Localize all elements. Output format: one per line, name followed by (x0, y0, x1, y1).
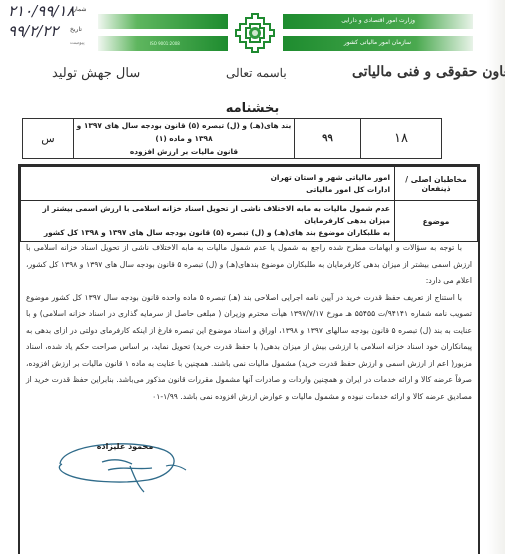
circular-body-text: با توجه به سؤالات و ابهامات مطرح شده راج… (26, 240, 472, 405)
circular-subject-line1: بند های(هـ) و (ل) تبصره (۵) قانون بودجه … (74, 119, 294, 145)
reference-table: ۱۸ ۹۹ بند های(هـ) و (ل) تبصره (۵) قانون … (22, 118, 442, 159)
attachment-label: پیوست (70, 40, 85, 46)
date-label: تاریخ (70, 26, 82, 33)
header-band-left-bottom: ISO 9001:2008 (98, 36, 228, 51)
body-paragraph-2: با استناج از تعریف حفظ قدرت خرید در آیین… (26, 290, 472, 406)
tax-organization-logo-icon (232, 10, 278, 56)
letter-date: ۹۹/۲/۲۲ (8, 22, 58, 40)
logo-caption: ISO 9001:2008 (150, 41, 180, 46)
body-paragraph-1: با توجه به سؤالات و ابهامات مطرح شده راج… (26, 240, 472, 290)
signatory-name: محمود علیزاده (90, 442, 160, 451)
subject-line2: به طلبکاران موضوع بند های(هـ) و (ل) تبصر… (25, 227, 390, 239)
circular-number: ۱۸ (361, 119, 442, 159)
circular-document-page: ISO 9001:2008 وزارت امور اقتصادی و دارای… (0, 0, 505, 554)
organization-line: سازمان امور مالیاتی کشور (344, 39, 411, 46)
header-band-right-top: وزارت امور اقتصادی و دارایی (283, 14, 473, 29)
addressees-label: مخاطبان اصلی /ذینفعان (395, 167, 478, 201)
signature-block: محمود علیزاده (52, 436, 192, 496)
invocation: باسمه تعالی (226, 66, 287, 80)
office-title: معاون حقوقی و فنی مالیاتی (352, 64, 505, 80)
circular-year: ۹۹ (295, 119, 361, 159)
letter-number: ۲۱۰/۹۹/۱۸ (8, 2, 75, 20)
addressees-value: امور مالیاتی شهر و استان تهران ادارات کل… (21, 167, 395, 201)
header-band-right-bottom: سازمان امور مالیاتی کشور (283, 36, 473, 51)
page-edge-shadow (487, 0, 505, 554)
circular-subject-cell: بند های(هـ) و (ل) تبصره (۵) قانون بودجه … (74, 119, 295, 159)
subject-value: عدم شمول مالیات به مابه الاختلاف ناشی از… (21, 201, 395, 242)
year-slogan: سال جهش تولید (52, 66, 140, 81)
subject-line1: عدم شمول مالیات به مابه الاختلاف ناشی از… (25, 203, 390, 227)
addressee-2: ادارات کل امور مالیاتی (25, 184, 390, 196)
letter-number-label: شماره (70, 6, 86, 13)
circular-subject-line2: قانون مالیات بر ارزش افزوده (74, 145, 294, 158)
header-band-left-top (98, 14, 228, 29)
addressees-subject-table: مخاطبان اصلی /ذینفعان امور مالیاتی شهر و… (20, 166, 478, 242)
document-title: بخشنامه (0, 101, 505, 116)
subject-label: موضوع (395, 201, 478, 242)
addressee-1: امور مالیاتی شهر و استان تهران (25, 172, 390, 184)
ministry-line: وزارت امور اقتصادی و دارایی (341, 17, 415, 24)
circular-code: س (23, 119, 74, 159)
